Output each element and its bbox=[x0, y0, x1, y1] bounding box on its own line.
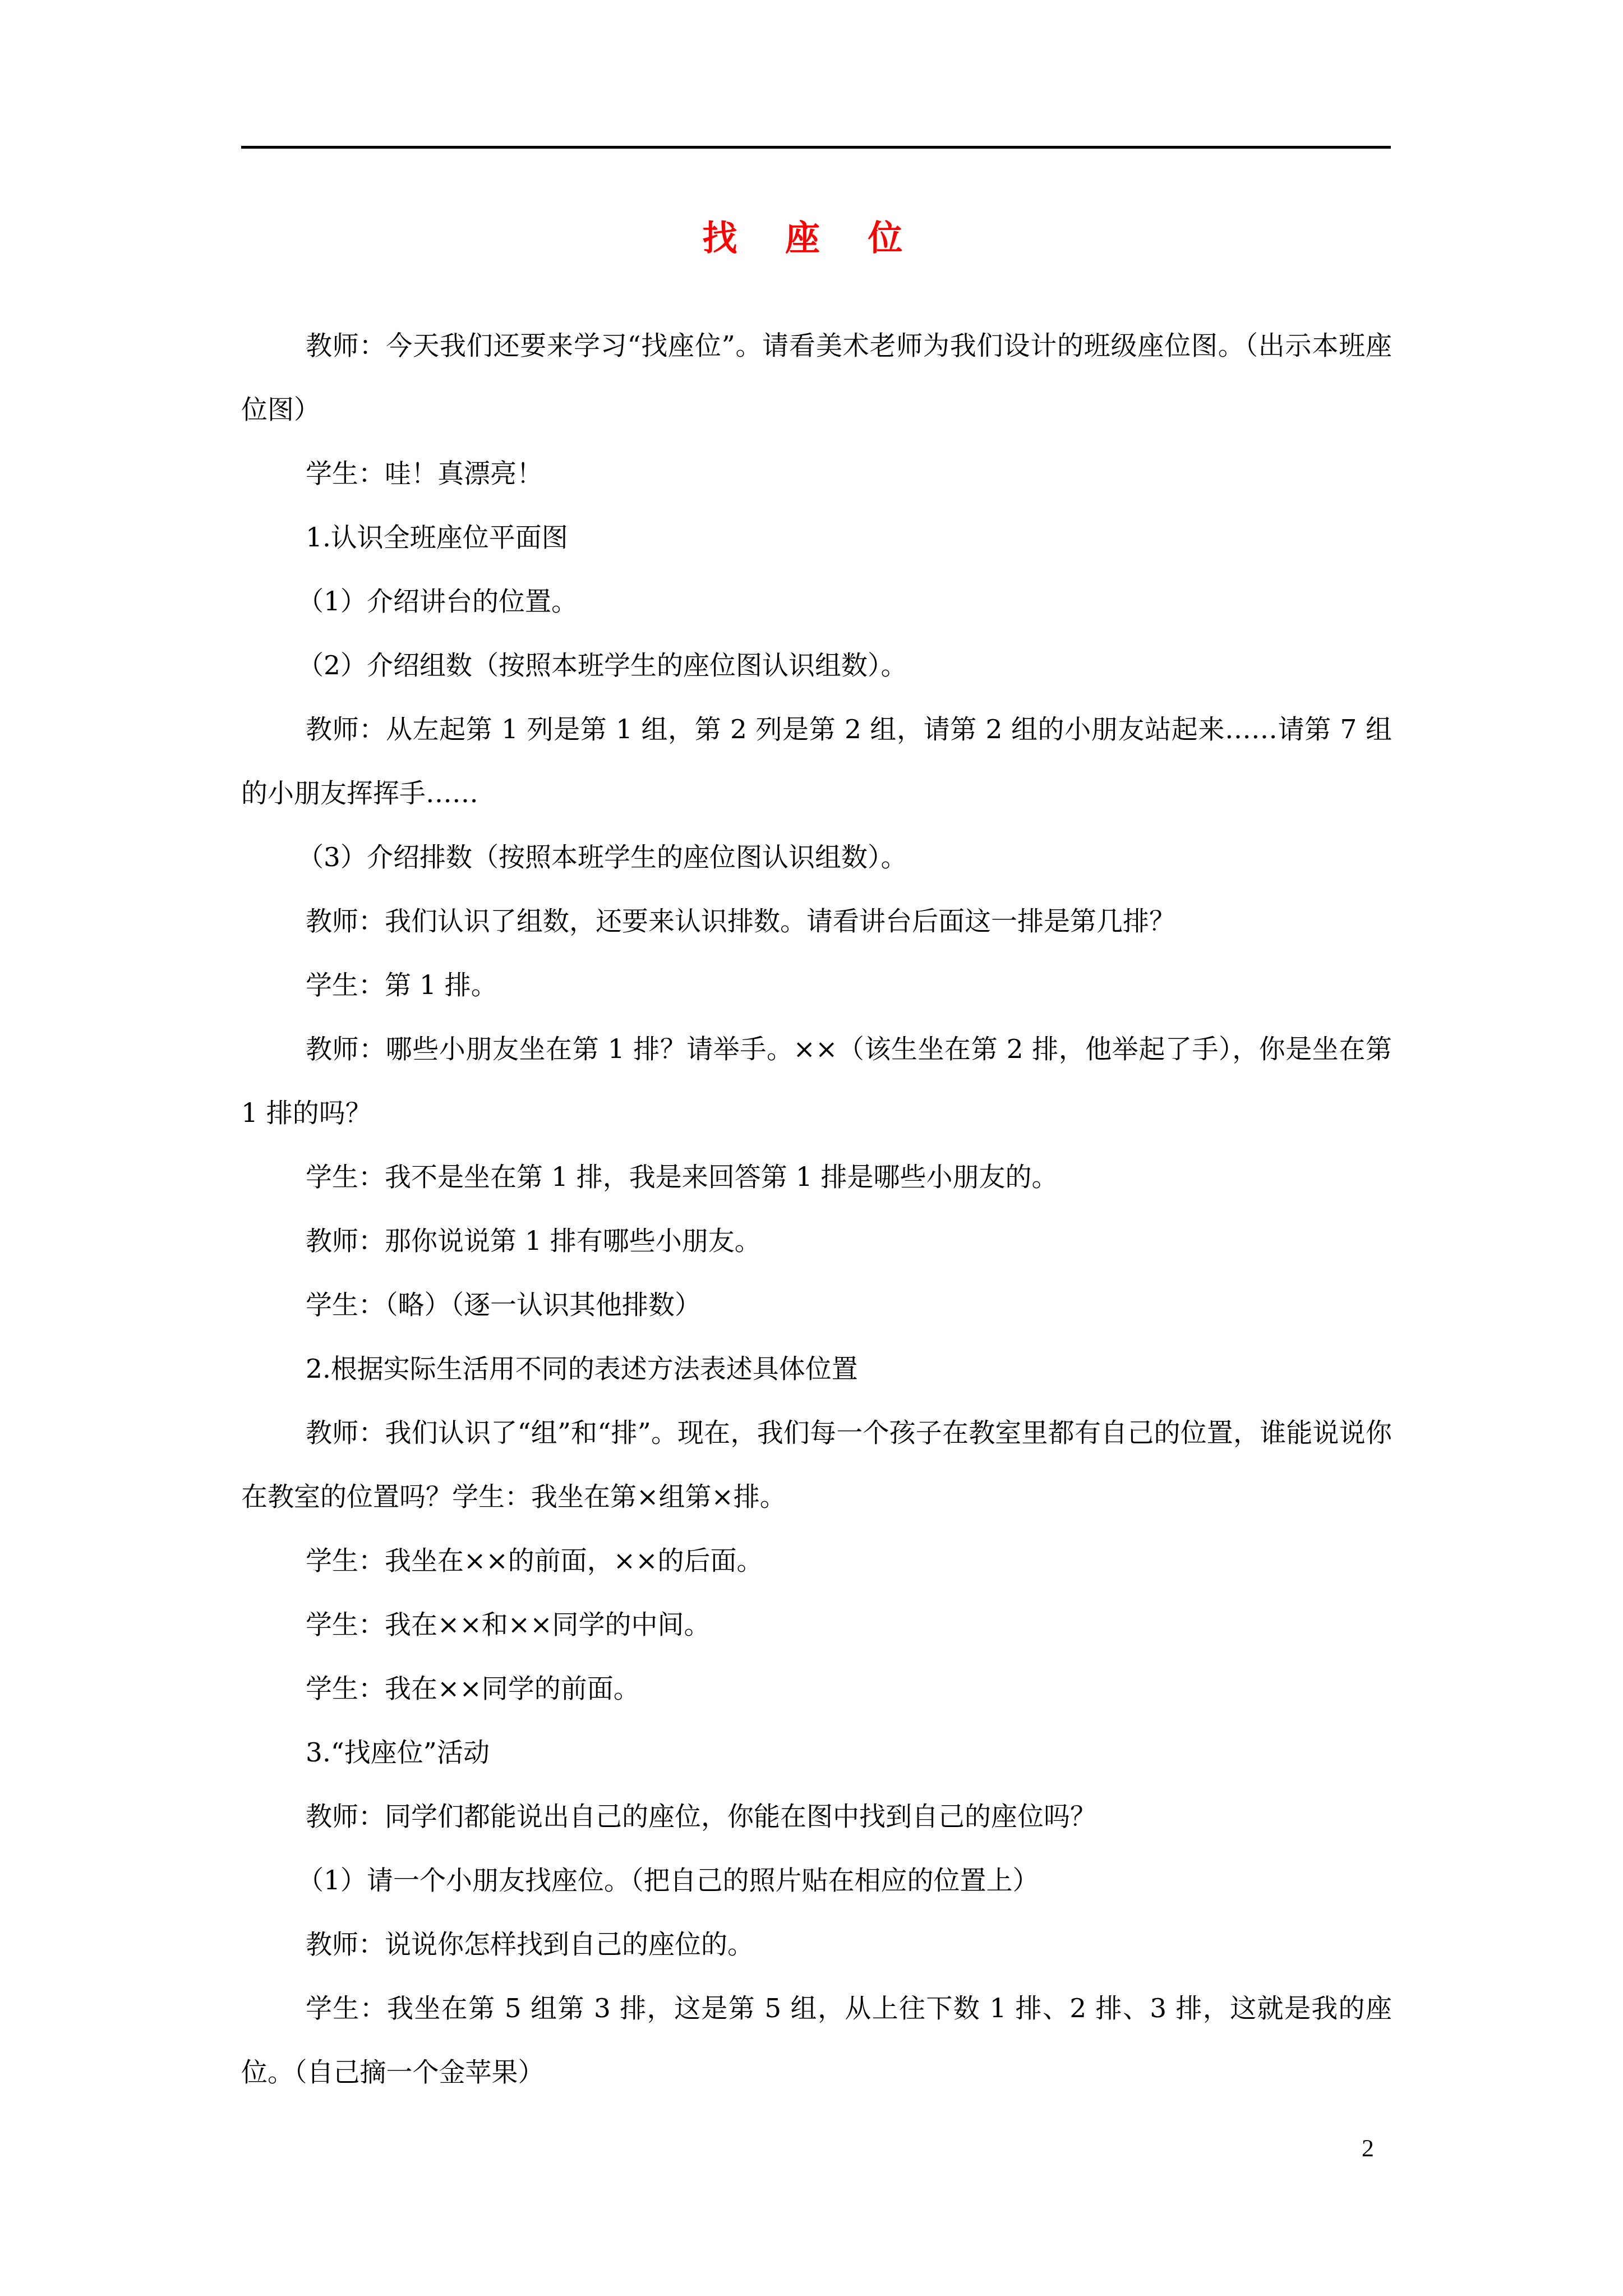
section-heading: 2.根据实际生活用不同的表述方法表述具体位置 bbox=[241, 1337, 1392, 1401]
paragraph: 教师：说说你怎样找到自己的座位的。 bbox=[241, 1913, 1392, 1977]
paragraph: 学生：我不是坐在第 1 排，我是来回答第 1 排是哪些小朋友的。 bbox=[241, 1145, 1392, 1209]
page-title: 找 座 位 bbox=[0, 216, 1623, 261]
paragraph: 教师：哪些小朋友坐在第 1 排？请举手。××（该生坐在第 2 排，他举起了手），… bbox=[241, 1018, 1392, 1145]
paragraph: 教师：那你说说第 1 排有哪些小朋友。 bbox=[241, 1209, 1392, 1273]
paragraph: 学生：我坐在××的前面，××的后面。 bbox=[241, 1529, 1392, 1593]
paragraph: 教师：今天我们还要来学习“找座位”。请看美术老师为我们设计的班级座位图。（出示本… bbox=[241, 314, 1392, 442]
paragraph: 学生：我在××同学的前面。 bbox=[241, 1657, 1392, 1721]
paragraph: 学生：我在××和××同学的中间。 bbox=[241, 1593, 1392, 1657]
paragraph: 教师：从左起第 1 列是第 1 组，第 2 列是第 2 组，请第 2 组的小朋友… bbox=[241, 698, 1392, 826]
section-heading: 3.“找座位”活动 bbox=[241, 1721, 1392, 1785]
page-number: 2 bbox=[1362, 2132, 1374, 2165]
paragraph: 教师：同学们都能说出自己的座位，你能在图中找到自己的座位吗？ bbox=[241, 1785, 1392, 1849]
sub-item: （3）介绍排数（按照本班学生的座位图认识组数）。 bbox=[241, 826, 1392, 890]
header-rule bbox=[241, 146, 1391, 149]
sub-item: （1）介绍讲台的位置。 bbox=[241, 570, 1392, 634]
sub-item: （2）介绍组数（按照本班学生的座位图认识组数）。 bbox=[241, 634, 1392, 698]
section-heading: 1.认识全班座位平面图 bbox=[241, 506, 1392, 570]
sub-item: （1）请一个小朋友找座位。（把自己的照片贴在相应的位置上） bbox=[241, 1849, 1392, 1913]
paragraph: 学生：我坐在第 5 组第 3 排，这是第 5 组，从上往下数 1 排、2 排、3… bbox=[241, 1977, 1392, 2105]
paragraph: 学生：（略）（逐一认识其他排数） bbox=[241, 1273, 1392, 1337]
paragraph: 学生：哇！真漂亮！ bbox=[241, 442, 1392, 506]
paragraph: 学生：第 1 排。 bbox=[241, 954, 1392, 1018]
paragraph: 教师：我们认识了组数，还要来认识排数。请看讲台后面这一排是第几排？ bbox=[241, 890, 1392, 954]
document-body: 教师：今天我们还要来学习“找座位”。请看美术老师为我们设计的班级座位图。（出示本… bbox=[241, 314, 1392, 2105]
paragraph: 教师：我们认识了“组”和“排”。现在，我们每一个孩子在教室里都有自己的位置，谁能… bbox=[241, 1401, 1392, 1529]
